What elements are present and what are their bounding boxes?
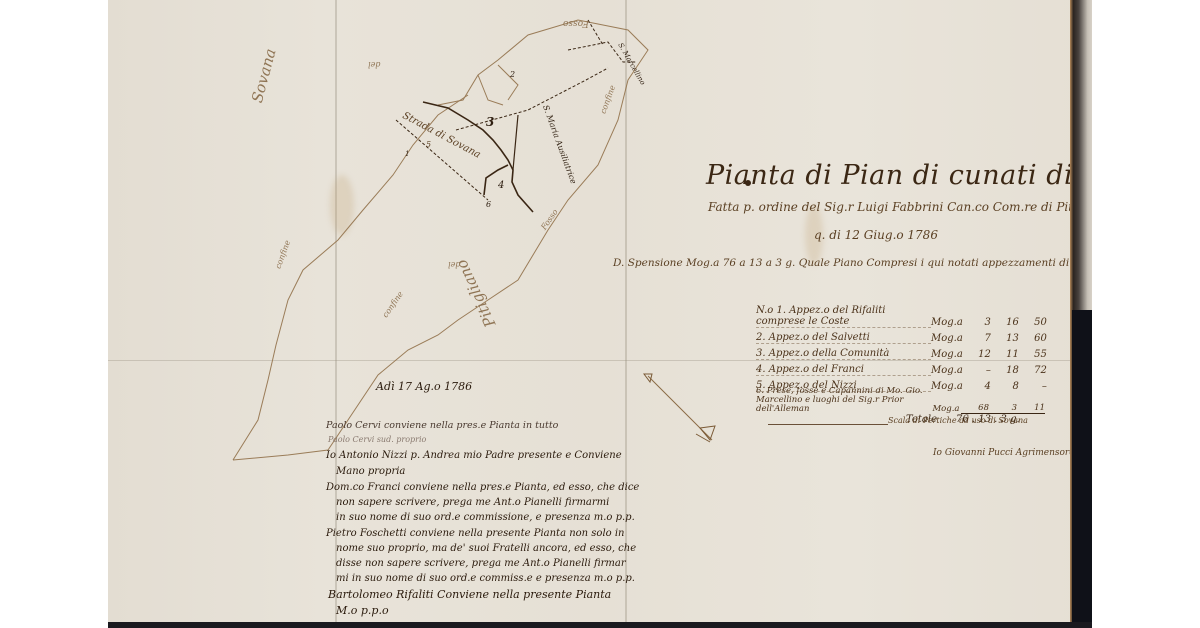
subtitle-date: q. di 12 Giug.o 1786 <box>814 228 938 242</box>
table-row: 6. Prese, fosse e Capannini di Mo. Gio. … <box>756 392 1056 414</box>
subtitle-extent: D. Spensione Mog.a 76 a 13 a 3 g. Quale … <box>613 257 1092 269</box>
surveyor-signature: Io Giovanni Pucci Agrimensore di Sorano <box>933 448 1092 458</box>
map-sheet: Sovana Pitigliano Fosso confine confine … <box>108 0 1092 626</box>
table-row: N.o 1. Appez.o del Rifaliti comprese le … <box>756 312 1056 328</box>
subtitle-commission: Fatta p. ordine del Sig.r Luigi Fabbrini… <box>708 200 1092 214</box>
binding-shadow <box>1072 310 1092 628</box>
scale-bar <box>768 424 888 425</box>
map-label-del-bottom: del <box>448 260 460 269</box>
parcel-legend-table: N.o 1. Appez.o del Rifaliti comprese le … <box>756 312 1056 430</box>
parcel-4: 4 <box>498 180 504 191</box>
parcel-1: 1 <box>405 150 409 158</box>
table-row: 3. Appez.o della Comunità Mog.a 12 11 55 <box>756 344 1056 360</box>
table-row: 4. Appez.o del Franci Mog.a – 18 72 <box>756 360 1056 376</box>
bottom-shadow <box>108 622 1092 628</box>
parcel-6: 6 <box>486 200 491 209</box>
map-label-fosso-top: Fosso <box>563 18 589 28</box>
map-title: Pianta di Pian di cunati di Sovana <box>706 160 1092 191</box>
table-row: 2. Appez.o del Salvetti Mog.a 7 13 60 <box>756 328 1056 344</box>
parcel-2: 2 <box>510 70 515 79</box>
agreement-date: Adì 17 Ag.o 1786 <box>376 380 472 393</box>
parcel-5: 5 <box>426 140 431 149</box>
map-label-del-top: del <box>368 60 380 69</box>
compass-arrow-icon <box>640 368 720 448</box>
scale-caption: Scala di Pertiche ad uso di Sovana <box>888 416 1028 425</box>
parcel-3: 3 <box>486 115 494 129</box>
